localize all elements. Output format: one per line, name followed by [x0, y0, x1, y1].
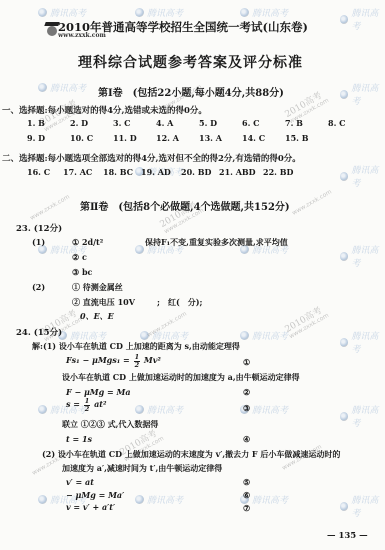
answer: 17. AC: [63, 167, 103, 177]
answer: 6. C: [242, 118, 285, 128]
answer: 7. B: [285, 118, 328, 128]
watermark-brand: 腾讯高考: [340, 403, 385, 429]
watermark-text: 腾讯高考: [252, 329, 288, 342]
answer: 12. A: [156, 133, 199, 143]
watermark-text: 腾讯高考: [351, 403, 385, 429]
q24-number: 24. (15分): [16, 326, 62, 338]
answer: 8. C: [328, 118, 371, 128]
answer: 5. D: [199, 118, 242, 128]
equation-mark: ④: [243, 434, 250, 444]
answer: 13. A: [199, 133, 242, 143]
section1-answers: 1. B 2. D 3. C 4. A 5. D 6. C 7. B 8. C …: [27, 118, 371, 143]
watermark-brand: 腾讯高考: [38, 81, 86, 94]
q23-sub1-note: 保持F₁不变,重复实验多次测量,求平均值: [145, 237, 288, 248]
watermark-text: 腾讯高考: [351, 81, 385, 107]
brand-logo-icon: [340, 172, 348, 181]
answer: 3. C: [113, 118, 156, 128]
answer: 11. D: [113, 133, 156, 143]
equation-3: s = 12 at²: [66, 398, 107, 412]
brand-logo-icon: [135, 245, 144, 254]
equation-1-left: Fs₁ − μMgs₁ =: [66, 355, 130, 365]
q23-sub2-item: ② 直流电压 10V: [72, 297, 135, 308]
section2-answers: 16. C 17. AC 18. BC 19. AD 20. BD 21. AB…: [27, 167, 303, 177]
watermark-text: 腾讯高考: [351, 243, 385, 269]
watermark-text: 腾讯高考: [252, 493, 288, 506]
section1-label: 一、选择题:每小题选对的得4分,选错或未选的得0分。: [2, 104, 207, 116]
stamp-site: www.zxxk.com: [29, 194, 71, 222]
brand-logo-icon: [340, 338, 348, 347]
watermark-text: 腾讯高考: [147, 403, 183, 416]
watermark-brand: 腾讯高考: [38, 6, 86, 19]
watermark-text: 腾讯高考: [351, 6, 385, 32]
watermark-text: 腾讯高考: [147, 493, 183, 506]
watermark-text: 腾讯高考: [351, 163, 385, 189]
watermark-brand: 腾讯高考: [135, 493, 183, 506]
answer: 16. C: [27, 167, 63, 177]
answer: 2. D: [70, 118, 113, 128]
q24-part2-intro: (2) 设小车在轨道 CD 上做加速运动的末速度为 v′,撤去力 F 后小车做减…: [42, 449, 340, 460]
answer: 15. B: [285, 133, 328, 143]
watermark-text: 腾讯高考: [252, 403, 288, 416]
brand-logo-icon: [38, 8, 47, 17]
brand-logo-icon: [38, 405, 47, 414]
part1-heading: 第Ⅰ卷 (包括22小题,每小题4分,共88分): [98, 84, 284, 99]
brand-logo-icon: [240, 8, 249, 17]
q24-part1-intro: 解:(1) 设小车在轨道 CD 上加速的距离为 s,由动能定理得: [32, 341, 240, 352]
equation-mark: ③: [243, 403, 250, 413]
section2-label: 二、选择题:每小题选项全部选对的得4分,选对但不全的得2分,有选错的得0分。: [2, 152, 301, 164]
watermark-brand: 腾讯高考: [240, 329, 288, 342]
answer: 18. BC: [103, 167, 141, 177]
q23-sub2-label: (2): [32, 282, 45, 292]
watermark-stamp: www.zxxk.com: [291, 189, 333, 217]
q23-sub2-note: ; 红( 分);: [157, 297, 202, 308]
q24-part2-intro-cont: 加速度为 a′,减速时间为 t′,由牛顿运动定律得: [62, 463, 222, 474]
brand-logo-icon: [240, 331, 249, 340]
watermark-text: 腾讯高考: [252, 6, 288, 19]
equation-1-right: Mv²: [144, 355, 161, 365]
equation-1: Fs₁ − μMgs₁ = 12 Mv²: [66, 354, 161, 368]
brand-logo-icon: [340, 252, 348, 261]
stamp-site: www.zxxk.com: [291, 189, 333, 217]
watermark-text: 腾讯高考: [50, 6, 86, 19]
exam-header: 2010年普通高等学校招生全国统一考试(山东卷): [58, 19, 308, 35]
watermark-brand: 腾讯高考: [340, 493, 385, 519]
watermark-text: 腾讯高考: [50, 81, 86, 94]
answer: 10. C: [70, 133, 113, 143]
brand-logo-icon: [135, 8, 144, 17]
denominator: 2: [85, 406, 90, 413]
answer: 14. C: [242, 133, 285, 143]
brand-logo-icon: [340, 502, 348, 511]
brand-logo-icon: [38, 83, 47, 92]
brand-logo-icon: [340, 412, 348, 421]
watermark-brand: 腾讯高考: [135, 403, 183, 416]
watermark-brand: 腾讯高考: [340, 329, 385, 355]
watermark-text: 腾讯高考: [147, 6, 183, 19]
fraction: 12: [84, 398, 91, 412]
q23-sub1-label: (1): [32, 237, 45, 247]
watermark-brand: 腾讯高考: [240, 6, 288, 19]
equation-7: v = v′ + a′t′: [66, 502, 115, 512]
brand-logo-icon: [340, 15, 348, 24]
brand-logo-icon: [135, 495, 144, 504]
watermark-text: 腾讯高考: [351, 493, 385, 519]
q23-sub1-item: ① 2d/t²: [72, 237, 103, 247]
watermark-brand: 腾讯高考: [340, 81, 385, 107]
part2-heading: 第Ⅱ卷 (包括8个必做题,4个选做题,共152分): [80, 198, 290, 213]
equation-2: F − μMg = Ma: [66, 387, 131, 397]
q23-sub1-item: ② c: [72, 252, 87, 262]
page-title: 理科综合试题参考答案及评分标准: [78, 52, 303, 72]
answer: 20. BD: [181, 167, 219, 177]
answer: 21. ABD: [219, 167, 263, 177]
equation-3-left: s =: [66, 399, 80, 409]
answer: 22. BD: [263, 167, 303, 177]
watermark-brand: 腾讯高考: [340, 6, 385, 32]
brand-logo-icon: [38, 495, 47, 504]
brand-logo-icon: [135, 405, 144, 414]
equation-3-right: at²: [94, 399, 106, 409]
answer: 4. A: [156, 118, 199, 128]
watermark-brand: 腾讯高考: [340, 243, 385, 269]
answer: 19. AD: [141, 167, 181, 177]
equation-5: v′ = at: [66, 477, 94, 487]
q23-sub2-item: ① 待测金属丝: [72, 282, 123, 293]
equation-6: − μMg = Ma′: [66, 490, 124, 500]
watermark-text: 腾讯高考: [351, 329, 385, 355]
q23-sub2-item: 0、E、E: [80, 311, 114, 322]
q23-sub1-item: ③ bc: [72, 267, 92, 277]
equation-4: t = 1s: [66, 434, 92, 444]
denominator: 2: [135, 362, 140, 369]
q23-number: 23. (12分): [16, 222, 62, 234]
equation-mark: ①: [243, 357, 250, 367]
watermark-brand: 腾讯高考: [135, 6, 183, 19]
page-number: — 135 —: [327, 531, 368, 541]
equation-mark: ⑦: [243, 503, 250, 513]
equation-mark: ②: [243, 387, 250, 397]
equation-mark: ⑤: [243, 477, 250, 487]
answer: 1. B: [27, 118, 70, 128]
brand-logo-icon: [340, 90, 348, 99]
q24-combine-text: 联立 ①②③ 式,代入数据得: [62, 419, 158, 430]
watermark-stamp: www.zxxk.com: [29, 194, 71, 222]
q24-part1-text: 设小车在轨道 CD 上做加速运动时的加速度为 a,由牛顿运动定律得: [62, 372, 300, 383]
fraction: 12: [134, 354, 141, 368]
watermark-stamp: 2010高考www.zxxk.com: [284, 305, 330, 341]
answer: 9. D: [27, 133, 70, 143]
equation-mark: ⑥: [243, 490, 250, 500]
watermark-brand: 腾讯高考: [340, 163, 385, 189]
